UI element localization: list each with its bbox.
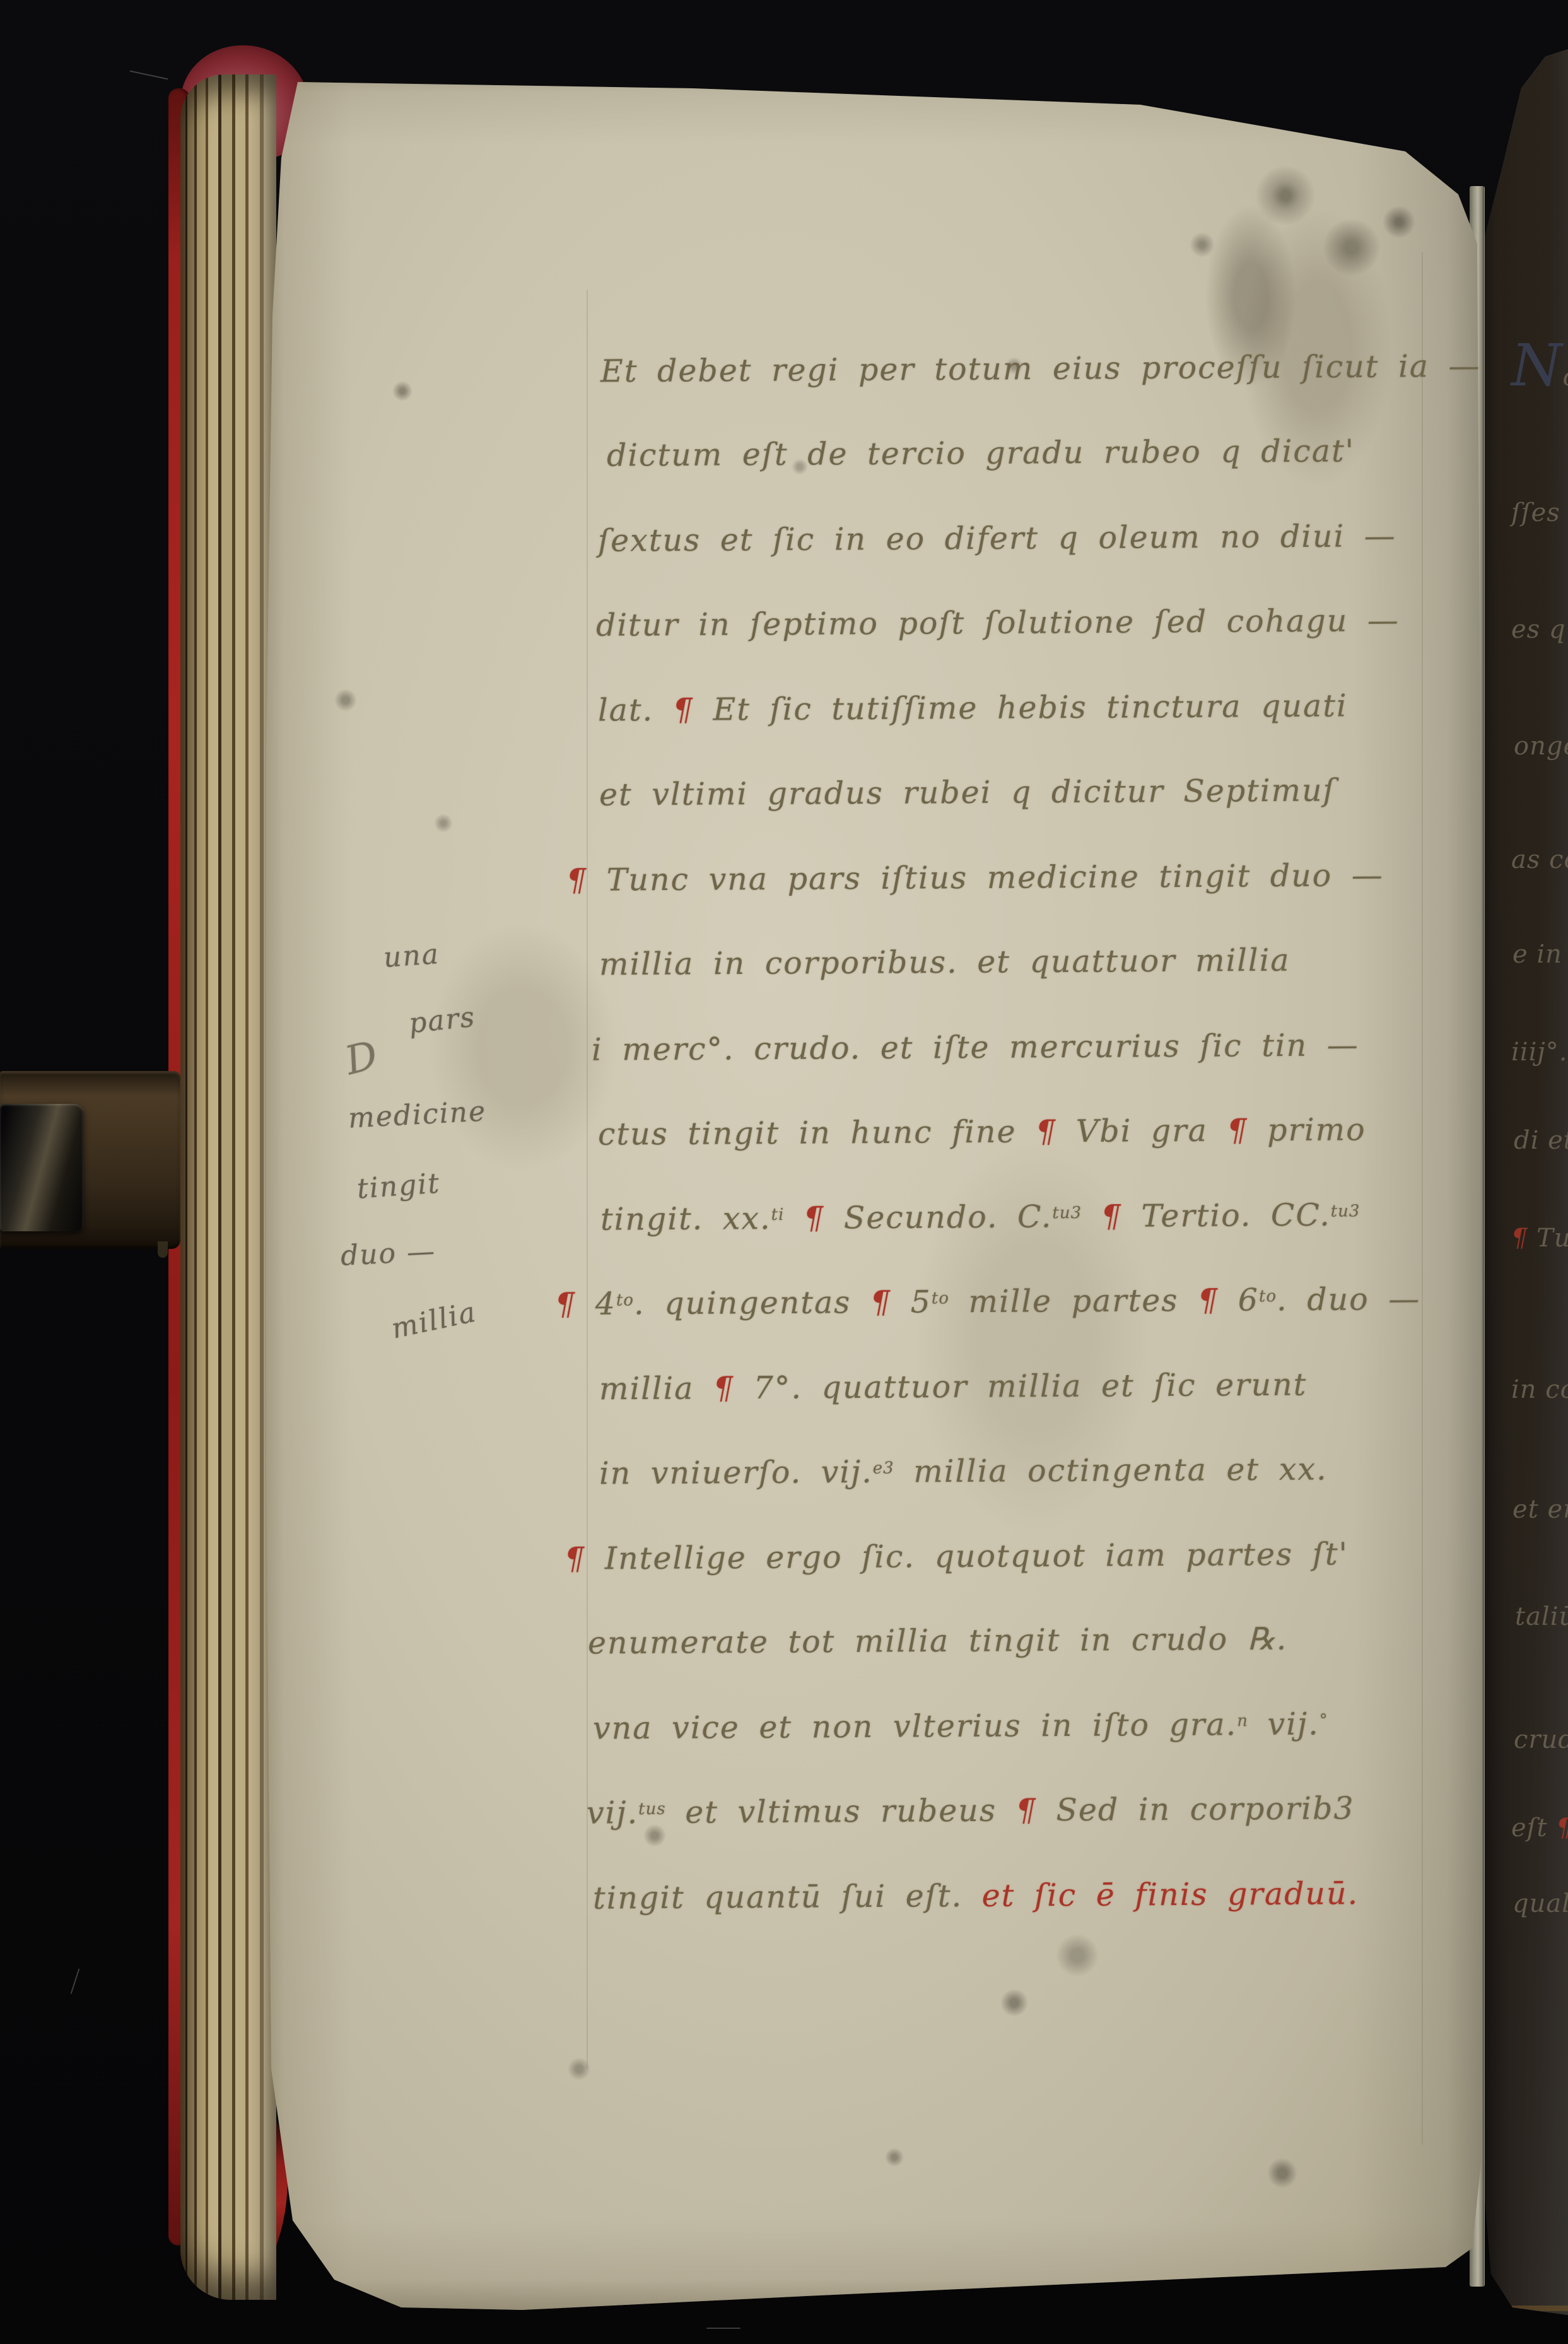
- text-segment: tu3: [1331, 1202, 1360, 1221]
- clasp-buckle: [0, 1104, 83, 1231]
- rubric-segment: ¶: [804, 1200, 844, 1236]
- right-page-fragment: qualiter: [1512, 1889, 1568, 1918]
- text-segment: in vniuerſo. vij.: [599, 1454, 873, 1492]
- text-segment: onge da: [1514, 732, 1568, 761]
- text-segment: as coha: [1511, 845, 1568, 874]
- rubric-segment: ¶: [555, 1286, 595, 1322]
- text-segment: Et ſic tutiſſime hebis tinctura quati: [713, 688, 1347, 727]
- text-segment: vij.: [1248, 1706, 1319, 1743]
- rubric-segment: ¶: [870, 1284, 911, 1320]
- text-segment: Tunc vna: [1536, 1224, 1568, 1253]
- text-line: millia in corporibus. et quattuor millia: [599, 942, 1290, 983]
- text-segment: to: [932, 1289, 949, 1308]
- text-segment: tus: [638, 1800, 666, 1819]
- text-segment: qualiter: [1512, 1889, 1568, 1918]
- text-line: ¶ Intellige ergo ſic. quotquot iam parte…: [565, 1536, 1349, 1577]
- text-line: i merc°. crudo. et iſte mercurius ſic ti…: [592, 1027, 1359, 1067]
- text-line: ¶ 4to. quingentas ¶ 5to mille partes ¶ 6…: [555, 1281, 1421, 1322]
- text-segment: vna vice et non vlterius in iſto gra.: [593, 1706, 1237, 1746]
- text-segment: Vbi gra: [1076, 1113, 1227, 1149]
- margin-note-line: tingit: [356, 1167, 441, 1205]
- text-line: dictum eſt de tercio gradu rubeo q dicat…: [607, 433, 1355, 473]
- illuminated-initial: N: [1511, 332, 1563, 399]
- text-segment: i merc°. crudo. et iſte mercurius ſic ti…: [592, 1027, 1359, 1067]
- text-segment: tingit. xx.: [600, 1200, 771, 1238]
- ruling-line-right: [1422, 252, 1423, 2145]
- text-line: et vltimi gradus rubei q dicitur Septimu…: [599, 772, 1336, 812]
- right-page-fragment: Nota fil: [1511, 363, 1568, 392]
- text-line: ¶ Tunc vna pars iſtius medicine tingit d…: [566, 857, 1384, 898]
- right-page-fragment: onge da: [1514, 732, 1568, 761]
- rubric-segment: ¶: [1556, 1814, 1568, 1843]
- right-page-fragment: taliū: [1515, 1602, 1568, 1631]
- text-segment: crudo b: [1514, 1725, 1568, 1754]
- text-segment: to: [1259, 1287, 1277, 1306]
- text-segment: lat.: [598, 692, 673, 729]
- text-segment: ota fil: [1563, 363, 1568, 392]
- text-segment: Et debet regi per totum eius proceſſu ſi…: [600, 348, 1481, 390]
- text-segment: iiij°. gradu: [1511, 1038, 1568, 1067]
- rubric-segment: ¶: [1036, 1113, 1076, 1149]
- text-segment: 7°. quattuor millia et ſic erunt: [754, 1367, 1308, 1406]
- text-line: vij.tus et vltimus rubeus ¶ Sed in corpo…: [587, 1790, 1355, 1831]
- text-segment: tingit quantū ſui eſt.: [593, 1878, 982, 1916]
- right-page-fragment: as coha: [1511, 845, 1568, 874]
- text-segment: Intellige ergo ſic. quotquot iam partes …: [605, 1536, 1349, 1576]
- rubric-segment: ¶: [713, 1370, 754, 1406]
- text-segment: eſt: [1511, 1814, 1556, 1843]
- scratch-mark: [71, 1969, 80, 1995]
- right-page-fragment: es q perfic: [1511, 615, 1568, 644]
- text-line: vna vice et non vlterius in iſto gra.n v…: [593, 1706, 1328, 1746]
- text-segment: et vltimi gradus rubei q dicitur Septimu…: [599, 772, 1336, 812]
- right-page-fragment: et erunt m: [1512, 1495, 1568, 1524]
- text-line: tingit quantū ſui eſt. et ſic ē finis gr…: [593, 1875, 1359, 1916]
- text-segment: taliū: [1515, 1602, 1568, 1631]
- text-segment: primo: [1267, 1111, 1366, 1148]
- right-page-fragment: di et loc: [1514, 1126, 1568, 1155]
- text-segment: 5: [911, 1284, 932, 1320]
- text-segment: Tertio. CC.: [1141, 1197, 1331, 1234]
- text-segment: 6: [1238, 1282, 1260, 1318]
- facing-page-sliver: Nota filſſes niſi pes q perficonge daas …: [1485, 25, 1568, 2315]
- leather-clasp-strap: [0, 1071, 180, 1249]
- rubric-segment: ¶: [1511, 1224, 1536, 1253]
- text-segment: ctus tingit in hunc fine: [598, 1113, 1036, 1152]
- text-segment: millia octingenta et xx.: [894, 1451, 1328, 1489]
- text-segment: to: [616, 1291, 634, 1310]
- text-segment: millia in corporibus. et quattuor millia: [599, 942, 1290, 983]
- page-stack-edges: [180, 74, 276, 2300]
- text-segment: tu3: [1052, 1204, 1082, 1222]
- margin-note-line: una: [382, 938, 440, 974]
- text-segment: [1082, 1198, 1101, 1234]
- text-segment: [784, 1200, 804, 1236]
- right-page-fragment: eſt ¶ Et: [1511, 1814, 1568, 1843]
- rubric-segment: ¶: [565, 1540, 605, 1576]
- right-page-fragment: crudo b: [1514, 1725, 1568, 1754]
- rubric-segment: ¶: [1015, 1792, 1056, 1828]
- text-segment: n: [1237, 1711, 1248, 1730]
- rubric-segment: ¶: [566, 862, 607, 898]
- text-segment: di et loc: [1514, 1126, 1568, 1155]
- scratch-mark: [129, 71, 168, 80]
- text-segment: millia: [599, 1370, 713, 1407]
- strap-tail: [158, 1241, 168, 1258]
- right-page-fragment: in corporib: [1511, 1375, 1568, 1404]
- text-segment: enumerate tot millia tingit in crudo ℞.: [588, 1621, 1288, 1661]
- text-segment: ſextus et ſic in eo difert q oleum no di…: [598, 518, 1396, 559]
- text-line: lat. ¶ Et ſic tutiſſime hebis tinctura q…: [598, 688, 1348, 728]
- text-segment: ti: [771, 1205, 785, 1224]
- text-segment: ditur in ſeptimo poſt ſolutione ſed coha…: [596, 602, 1400, 643]
- text-segment: Secundo. C.: [844, 1198, 1053, 1236]
- right-page-fragment: e in tribus: [1512, 940, 1568, 969]
- rubric-segment: et ſic ē finis graduū.: [981, 1875, 1359, 1914]
- right-page-fragment: ¶ Tunc vna: [1511, 1224, 1568, 1253]
- scratch-mark: [706, 2328, 740, 2329]
- text-segment: e in tribus: [1512, 940, 1568, 969]
- right-page-fragment: iiij°. gradu: [1511, 1038, 1568, 1067]
- text-segment: e3: [873, 1458, 894, 1477]
- text-line: millia ¶ 7°. quattuor millia et ſic erun…: [599, 1367, 1308, 1407]
- text-segment: °: [1319, 1711, 1328, 1730]
- margin-note-line: duo —: [340, 1235, 436, 1272]
- text-segment: mille partes: [949, 1282, 1198, 1320]
- rubric-segment: ¶: [1101, 1198, 1142, 1234]
- text-line: ſextus et ſic in eo difert q oleum no di…: [598, 518, 1396, 559]
- text-segment: et erunt m: [1512, 1495, 1568, 1524]
- text-line: ctus tingit in hunc fine ¶ Vbi gra ¶ pri…: [598, 1111, 1366, 1152]
- text-segment: vij.: [587, 1795, 638, 1831]
- text-segment: Sed in corporib3: [1056, 1790, 1355, 1828]
- text-line: in vniuerſo. vij.e3 millia octingenta et…: [599, 1451, 1328, 1491]
- text-segment: . duo —: [1277, 1281, 1421, 1318]
- text-segment: et vltimus rubeus: [666, 1793, 1016, 1831]
- text-segment: Tunc vna pars iſtius medicine tingit duo…: [607, 857, 1384, 898]
- text-segment: . quingentas: [634, 1284, 870, 1321]
- text-segment: in corporib: [1511, 1375, 1568, 1404]
- text-segment: dictum eſt de tercio gradu rubeo q dicat…: [607, 433, 1355, 473]
- text-segment: 4: [595, 1286, 617, 1322]
- manuscript-photo: Et debet regi per totum eius proceſſu ſi…: [0, 0, 1568, 2344]
- rubric-segment: ¶: [1198, 1282, 1238, 1318]
- right-page-fragment: ſſes niſi p: [1511, 498, 1568, 527]
- text-segment: es q perfic: [1511, 615, 1568, 644]
- text-segment: ſſes niſi p: [1511, 498, 1568, 527]
- text-line: ditur in ſeptimo poſt ſolutione ſed coha…: [596, 602, 1400, 643]
- rubric-segment: ¶: [1227, 1112, 1267, 1148]
- text-line: tingit. xx.ti ¶ Secundo. C.tu3 ¶ Tertio.…: [600, 1197, 1360, 1237]
- text-line: Et debet regi per totum eius proceſſu ſi…: [600, 348, 1481, 390]
- text-line: enumerate tot millia tingit in crudo ℞.: [588, 1621, 1288, 1661]
- rubric-segment: ¶: [673, 692, 713, 728]
